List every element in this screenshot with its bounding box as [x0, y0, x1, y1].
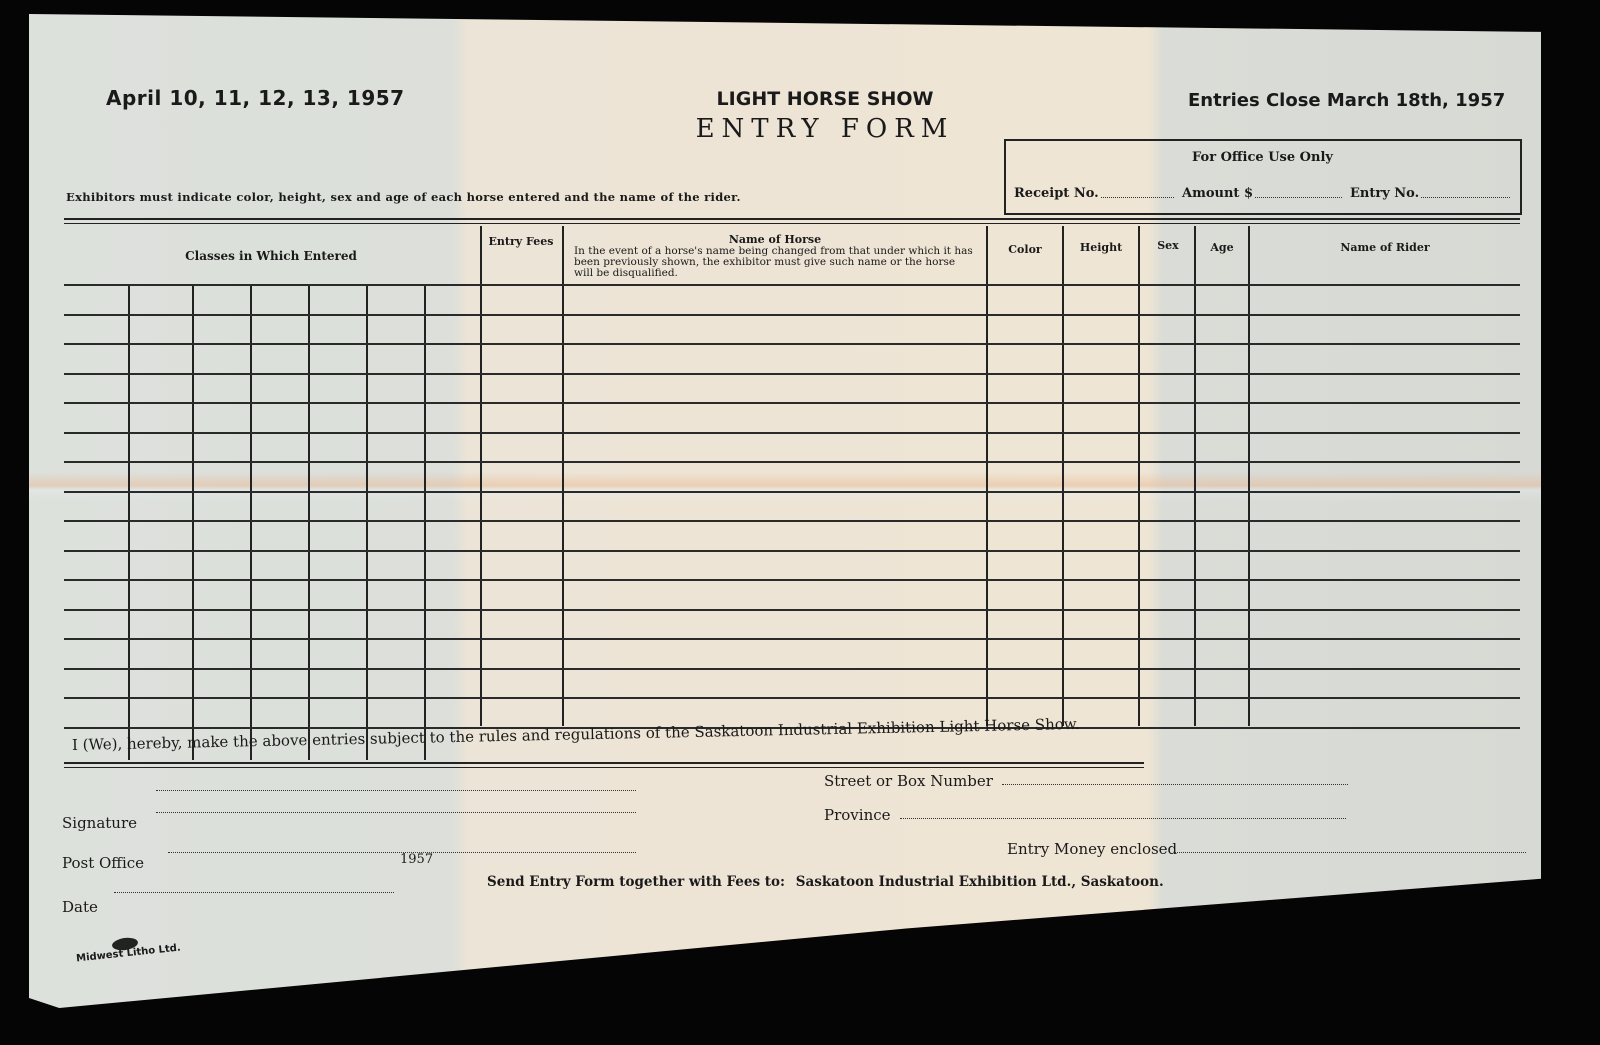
class-subcolumn-divider: [366, 284, 368, 760]
class-subcolumn-divider: [424, 284, 426, 760]
signature-field[interactable]: [156, 812, 636, 813]
table-row[interactable]: [64, 638, 1520, 640]
header-classes: Classes in Which Entered: [64, 250, 478, 262]
office-use-box: For Office Use Only Receipt No. Amount $…: [1004, 139, 1522, 215]
table-row[interactable]: [64, 609, 1520, 611]
province-label: Province: [824, 806, 891, 824]
send-label: Send Entry Form together with Fees to:: [487, 874, 785, 890]
table-row[interactable]: [64, 491, 1520, 493]
table-row[interactable]: [64, 284, 1520, 286]
header-color: Color: [988, 244, 1062, 256]
receipt-label: Receipt No.: [1014, 186, 1099, 201]
form-title: ENTRY FORM: [640, 114, 1010, 144]
class-subcolumn-divider: [192, 284, 194, 760]
date-field[interactable]: [114, 892, 394, 893]
receipt-field[interactable]: Receipt No.: [1014, 186, 1174, 201]
table-row[interactable]: [64, 314, 1520, 316]
send-address: Saskatoon Industrial Exhibition Ltd., Sa…: [796, 874, 1164, 890]
header-height: Height: [1064, 242, 1138, 254]
amount-label: Amount $: [1182, 186, 1253, 201]
column-divider: [1062, 226, 1064, 726]
table-row[interactable]: [64, 343, 1520, 345]
entry-no-field[interactable]: Entry No.: [1350, 186, 1510, 201]
name-field[interactable]: [156, 790, 636, 791]
column-divider: [480, 226, 482, 726]
instructions: Exhibitors must indicate color, height, …: [66, 190, 741, 204]
table-row[interactable]: [64, 550, 1520, 552]
header-entry-fees: Entry Fees: [480, 236, 562, 248]
table-bottom-rule: [64, 762, 1144, 768]
column-divider: [986, 226, 988, 726]
office-use-title: For Office Use Only: [1192, 150, 1333, 165]
header-sex: Sex: [1140, 240, 1196, 252]
column-divider: [1248, 226, 1250, 726]
class-subcolumn-divider: [308, 284, 310, 760]
class-subcolumn-divider: [128, 284, 130, 760]
header-rule: [64, 218, 1520, 224]
table-row[interactable]: [64, 520, 1520, 522]
street-field[interactable]: [1002, 784, 1348, 785]
class-subcolumn-divider: [250, 284, 252, 760]
header-age: Age: [1196, 242, 1248, 254]
amount-field[interactable]: Amount $: [1182, 186, 1342, 201]
entries-table: Classes in Which Entered Entry Fees Name…: [64, 226, 1520, 726]
date-label: Date: [62, 898, 98, 916]
show-dates: April 10, 11, 12, 13, 1957: [106, 86, 405, 110]
table-row[interactable]: [64, 697, 1520, 699]
table-row[interactable]: [64, 461, 1520, 463]
header-name-of-rider: Name of Rider: [1250, 242, 1520, 254]
send-instructions: Send Entry Form together with Fees to: S…: [487, 874, 1164, 890]
table-row[interactable]: [64, 402, 1520, 404]
column-divider: [562, 226, 564, 726]
entry-no-label: Entry No.: [1350, 186, 1419, 201]
year-suffix: 1957: [400, 852, 433, 867]
province-field[interactable]: [900, 818, 1346, 819]
column-divider: [1194, 226, 1196, 726]
show-title: LIGHT HORSE SHOW: [660, 88, 990, 110]
table-row[interactable]: [64, 432, 1520, 434]
money-label: Entry Money enclosed: [1007, 840, 1177, 858]
street-label: Street or Box Number: [824, 772, 993, 790]
entries-close-date: Entries Close March 18th, 1957: [1188, 90, 1505, 111]
post-office-label: Post Office: [62, 854, 144, 872]
column-divider: [1138, 226, 1140, 726]
table-row[interactable]: [64, 373, 1520, 375]
signature-label: Signature: [62, 814, 137, 832]
name-change-note: In the event of a horse's name being cha…: [574, 246, 974, 279]
table-row[interactable]: [64, 579, 1520, 581]
money-field[interactable]: [1174, 852, 1526, 853]
table-row[interactable]: [64, 668, 1520, 670]
